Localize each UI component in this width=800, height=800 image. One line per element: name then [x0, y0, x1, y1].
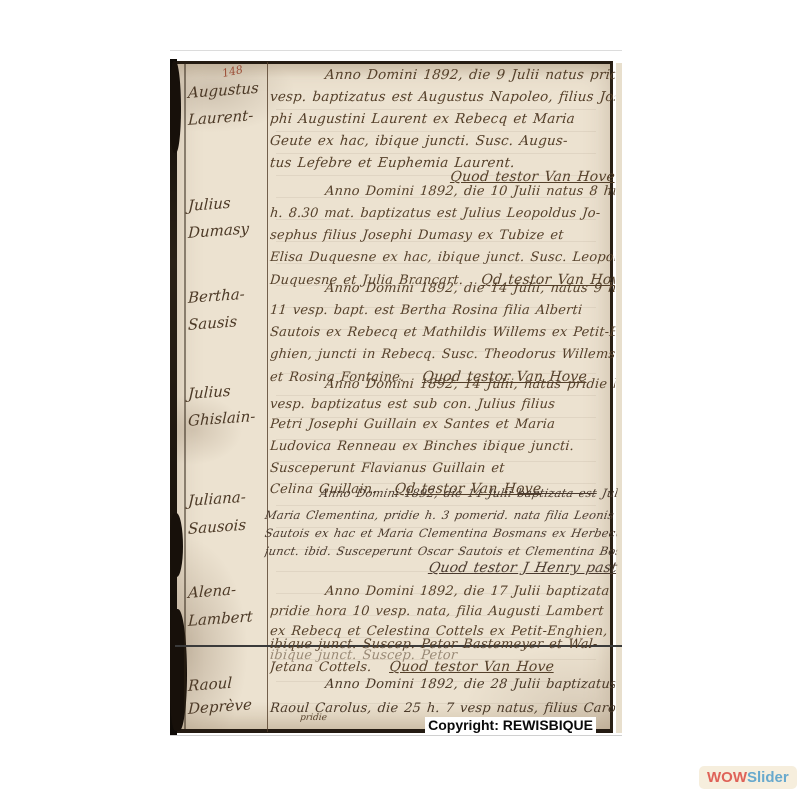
entry-line: junct. ibid. Susceperunt Oscar Sautois e…: [264, 544, 618, 558]
entry-line: Susceperunt Flavianus Guillain et: [269, 461, 615, 476]
wowslider-slider-text: Slider: [747, 769, 789, 786]
entry-line: ghien, juncti in Rebecq. Susc. Theodorus…: [269, 347, 615, 362]
page-fold-line: [184, 63, 186, 729]
wowslider-watermark[interactable]: WOWSlider: [699, 766, 797, 789]
seam-duplicated-text: ibique junct. Suscep. Petor: [269, 648, 615, 663]
priest-signature-line: Quod testor Van Hove: [269, 169, 625, 185]
priest-signature-line: Quod testor J Henry past: [264, 560, 629, 576]
priest-signature: Quod testor Van Hove: [450, 169, 616, 185]
entry-line: phi Augustini Laurent ex Rebecq et Maria: [269, 111, 615, 127]
entry-line: Anno Domini 1892, die 17 Julii baptizata…: [269, 584, 615, 599]
entry-line: vesp. baptizatus est Augustus Napoleo, f…: [269, 89, 615, 105]
entry-line: Ludovica Renneau ex Binches ibique junct…: [269, 439, 615, 454]
entry-line: Anno Domini 1892, die 14 Julii, natus 9 …: [269, 281, 615, 296]
priest-signature: Quod testor J Henry past: [427, 560, 618, 576]
entry-line: h. 8.30 mat. baptizatus est Julius Leopo…: [269, 206, 615, 221]
entry-line: 11 vesp. bapt. est Bertha Rosina filia A…: [269, 303, 615, 318]
entry-line: Anno Domini 1892, die 28 Julii baptizatu…: [269, 677, 615, 692]
entry-line: Sautois ex Rebecq et Mathildis Willems e…: [269, 325, 615, 340]
entry-line: Anno Domini 1892, die 9 Julii natus prid…: [269, 67, 615, 83]
entry-line: Sautois ex hac et Maria Clementina Bosma…: [264, 526, 618, 540]
inserted-word: pridie: [300, 713, 328, 723]
entry-line: Maria Clementina, pridie h. 3 pomerid. n…: [264, 508, 618, 522]
entry-line: Elisa Duquesne ex hac, ibique junct. Sus…: [269, 250, 615, 265]
entry-line: Anno Domini 1892, die 10 Julii natus 8 h…: [269, 184, 615, 199]
register-scan: 148 AugustusLaurent-Anno Domini 1892, di…: [170, 50, 622, 736]
entry-line: Petri Josephi Guillain ex Santes et Mari…: [269, 417, 615, 432]
entry-line: sephus filius Josephi Dumasy ex Tubize e…: [269, 228, 615, 243]
entry-line: Geute ex hac, ibique juncti. Susc. Augus…: [269, 133, 615, 149]
entry-line: Anno Domini 1892, 14 Julii, natus pridie…: [269, 377, 615, 392]
ink-stain: [170, 513, 183, 577]
ink-stain: [170, 61, 181, 153]
wowslider-wow-text: WOW: [707, 769, 747, 786]
entry-line: vesp. baptizatus est sub con. Julius fil…: [269, 397, 615, 412]
entry-line: Anno Domini 1892, die 14 Julii baptizata…: [264, 486, 618, 500]
entry-line: pridie hora 10 vesp. nata, filia Augusti…: [269, 604, 615, 619]
struck-text: baptizata est: [516, 486, 598, 500]
copyright-label: Copyright: REWISBIQUE: [425, 717, 596, 733]
page-edge-strip: [616, 63, 622, 733]
